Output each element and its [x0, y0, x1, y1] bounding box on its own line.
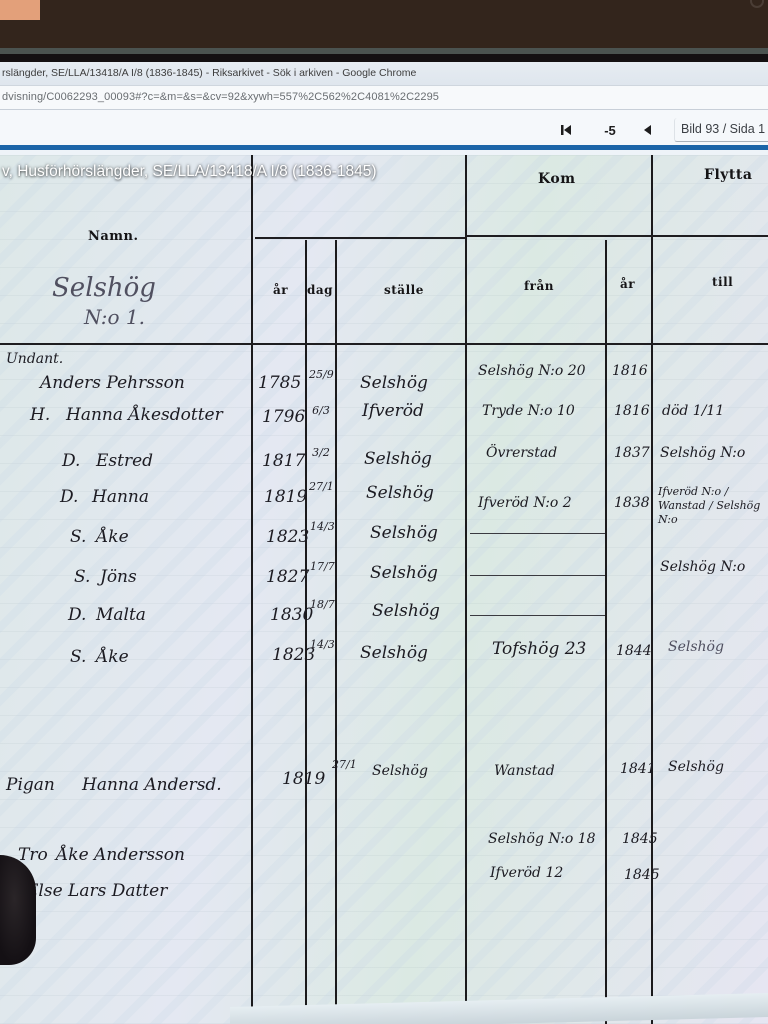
row-name: Åke Andersson [56, 845, 185, 865]
rule [470, 533, 605, 534]
row-from-year: 1837 [614, 445, 650, 461]
row-to: Selshög N:o [660, 559, 745, 575]
header-namn: Namn. [88, 229, 139, 244]
row-from-year: 1816 [614, 403, 650, 419]
rule [465, 235, 768, 237]
row-birth-place: Ifveröd [362, 401, 424, 421]
row-from-year: 1841 [620, 761, 656, 777]
row-to: Selshög [668, 759, 724, 775]
row-birth-place: Selshög [370, 563, 438, 583]
row-from-year: 1816 [612, 363, 648, 379]
row-prefix: D. [68, 605, 86, 625]
row-from: Selshög N:o 20 [478, 363, 586, 379]
row-birth-year: 1785 [258, 373, 301, 393]
window-title: rslängder, SE/LLA/13418/A I/8 (1836-1845… [2, 67, 416, 79]
row-birth-year: 1819 [264, 487, 307, 507]
rule [605, 240, 607, 1024]
header-kom-fran: från [524, 279, 554, 293]
row-birth-year: 1827 [266, 567, 309, 587]
prev-page-button[interactable] [640, 120, 654, 140]
rule [251, 155, 253, 1024]
row-from-year: 1838 [614, 495, 650, 511]
row-name: Hanna Andersd. [82, 775, 222, 795]
rule [651, 155, 653, 1024]
rule [305, 240, 307, 1024]
row-birth-year: 1823 [272, 645, 315, 665]
monitor-bezel [0, 0, 768, 52]
header-place: Selshög [52, 273, 156, 303]
row-birth-place: Selshög [360, 643, 428, 663]
row-birth-place: Selshög [360, 373, 428, 393]
row-birth-year: 1823 [266, 527, 309, 547]
address-url[interactable]: dvisning/C0062293_00093#?c=&m=&s=&cv=92&… [2, 91, 439, 103]
row-from-year: 1845 [622, 831, 658, 847]
row-birth-day: 18/7 [310, 599, 334, 610]
row-birth-year: 1817 [262, 451, 305, 471]
header-fodd-ar: år [273, 283, 288, 297]
address-bar[interactable]: dvisning/C0062293_00093#?c=&m=&s=&cv=92&… [0, 86, 768, 110]
row-birth-place: Selshög [370, 523, 438, 543]
rule [465, 155, 467, 1024]
row-name: Åke [96, 647, 129, 667]
rule [470, 615, 605, 616]
row-to: Selshög [668, 639, 724, 655]
window-title-bar: rslängder, SE/LLA/13418/A I/8 (1836-1845… [0, 62, 768, 86]
row-prefix: S. [74, 567, 90, 587]
row-from: Ifveröd 12 [490, 865, 563, 881]
prev-page-icon [642, 124, 652, 136]
row-prefix: S. [70, 527, 86, 547]
finger-occlusion [0, 855, 36, 965]
row-from: Wanstad [494, 763, 555, 779]
row-from: Ifveröd N:o 2 [478, 495, 572, 511]
rule [470, 575, 605, 576]
row-birth-day: 17/7 [310, 561, 334, 572]
browser-window: rslängder, SE/LLA/13418/A I/8 (1836-1845… [0, 62, 768, 1024]
page-indicator-input[interactable]: Bild 93 / Sida 1 [674, 118, 768, 142]
row-from-year: 1844 [616, 643, 652, 659]
row-name: Estred [96, 451, 153, 471]
document-title-overlay: v, Husförhörslängder, SE/LLA/13418/A I/8… [2, 163, 377, 181]
row-prefix: H. [30, 405, 50, 425]
row-birth-day: 14/3 [310, 639, 334, 650]
row-birth-day: 6/3 [309, 405, 333, 416]
row-birth-year: 1819 [282, 769, 325, 789]
rule [255, 237, 465, 239]
viewer-toolbar: -5 Bild 93 / Sida 1 [0, 110, 768, 150]
row-birth-place: Selshög [372, 763, 428, 779]
header-fodd-dag: dag [307, 283, 333, 297]
row-name: Hanna [92, 487, 149, 507]
bezel-shadow [0, 54, 768, 62]
sticky-note [0, 0, 40, 20]
row-from-year: 1845 [624, 867, 660, 883]
row-birth-year: 1796 [262, 407, 305, 427]
row-to: Selshög N:o [660, 445, 745, 461]
row-birth-day: 27/1 [309, 481, 333, 492]
row-from: Tryde N:o 10 [482, 403, 575, 419]
row-to: död 1/11 [662, 403, 724, 419]
header-flytta: Flytta [704, 167, 752, 183]
row-name: Jöns [100, 567, 137, 587]
header-kom: Kom [538, 171, 576, 187]
row-name: Malta [96, 605, 146, 625]
row-prefix: D. [62, 451, 80, 471]
row-birth-day: 3/2 [309, 447, 333, 458]
header-flytta-till: till [712, 275, 733, 289]
row-prefix: Pigan [6, 775, 55, 795]
bezel-mark [750, 0, 764, 8]
row-birth-day: 25/9 [309, 369, 333, 380]
row-birth-place: Selshög [364, 449, 432, 469]
row-name: Åke [96, 527, 129, 547]
row-birth-year: 1830 [270, 605, 313, 625]
row-prefix: Undant. [6, 351, 63, 367]
header-fodd-stalle: ställe [384, 283, 424, 297]
first-page-button[interactable] [558, 120, 574, 140]
row-name: Hanna Åkesdotter [66, 405, 223, 425]
row-birth-place: Selshög [366, 483, 434, 503]
row-prefix: S. [70, 647, 86, 667]
row-birth-day: 27/1 [332, 759, 356, 770]
row-from: Selshög N:o 18 [488, 831, 596, 847]
rule [0, 343, 768, 345]
row-from: Tofshög 23 [492, 639, 586, 659]
back-5-button[interactable]: -5 [597, 120, 623, 140]
header-kom-ar: år [620, 277, 635, 291]
document-image[interactable]: v, Husförhörslängder, SE/LLA/13418/A I/8… [0, 155, 768, 1024]
first-page-icon [560, 124, 572, 136]
row-to: Ifveröd N:o / Wanstad / Selshög N:o [658, 485, 768, 527]
header-place-number: N:o 1. [84, 305, 145, 329]
row-prefix: D. [60, 487, 78, 507]
row-from: Övrerstad [486, 445, 557, 461]
row-name: Else Lars Datter [26, 881, 167, 901]
row-birth-day: 14/3 [310, 521, 334, 532]
row-birth-place: Selshög [372, 601, 440, 621]
rule [335, 240, 337, 1024]
row-name: Anders Pehrsson [40, 373, 185, 393]
